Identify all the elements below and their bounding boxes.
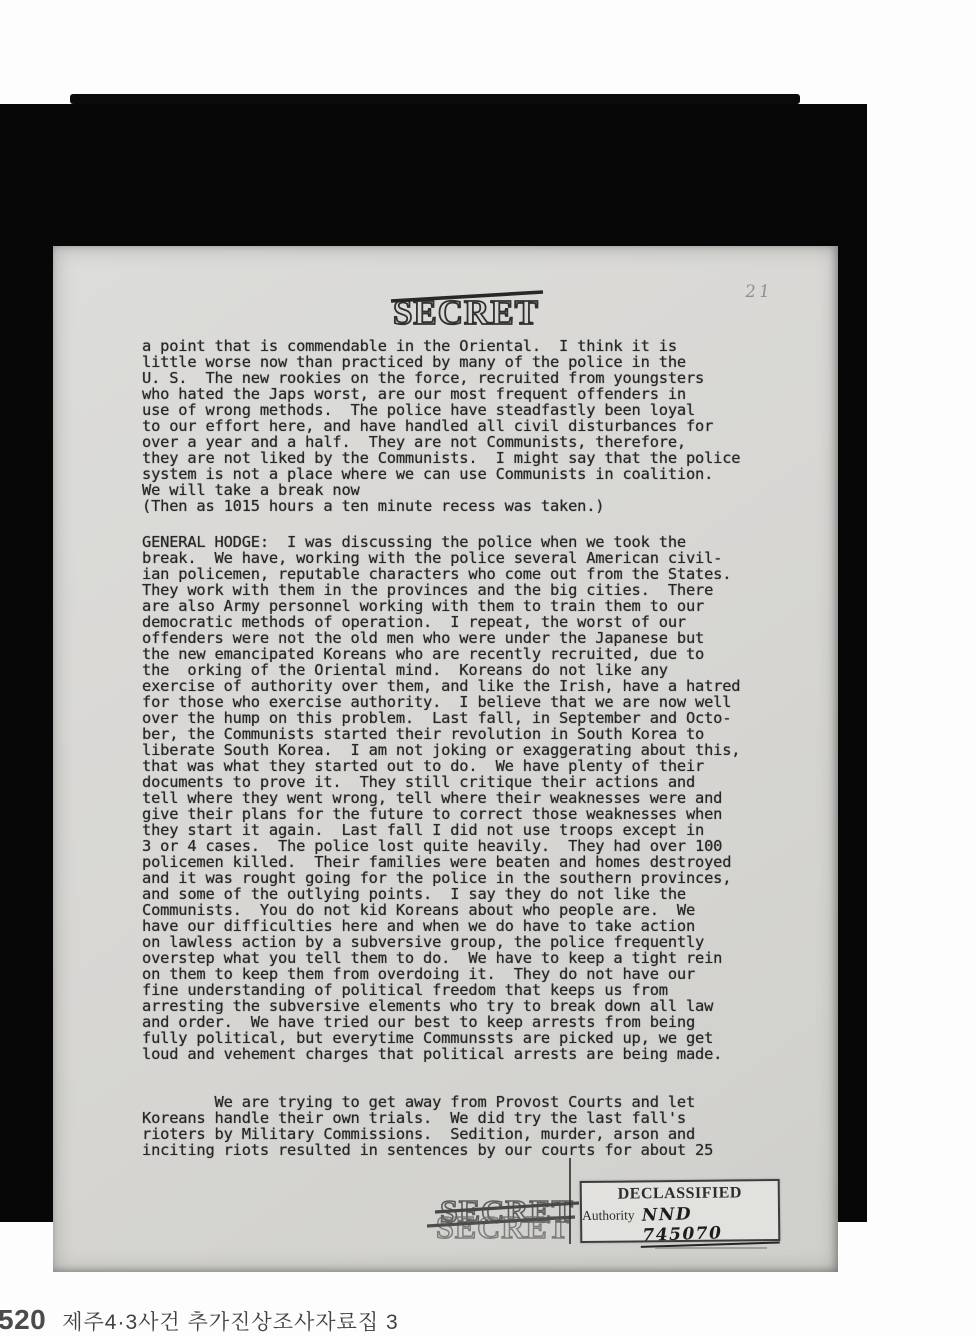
book-title: 제주4·3사건 추가진상조사자료집 3 (62, 1306, 398, 1336)
handwritten-page-number: 21 (744, 282, 774, 302)
document-page: SECRET 21 a point that is commendable in… (53, 246, 838, 1272)
scan-background: SECRET 21 a point that is commendable in… (0, 104, 867, 1222)
secret-stamp-top: SECRET (383, 280, 549, 336)
typed-paragraph: a point that is commendable in the Orien… (142, 338, 740, 514)
typed-paragraph: GENERAL HODGE: I was discussing the poli… (142, 534, 740, 1062)
stray-scan-mark (569, 1158, 571, 1244)
declassified-title: DECLASSIFIED (582, 1184, 778, 1204)
secret-stamp-bottom-text-ghost: SECRET (436, 1209, 570, 1245)
typed-paragraph: We are trying to get away from Provost C… (142, 1094, 713, 1158)
declassified-stamp-box: DECLASSIFIED Authority NND 745070 (580, 1179, 781, 1243)
book-page-number: 520 (0, 1304, 46, 1336)
secret-stamp-bottom: SECRET SECRET (425, 1188, 585, 1260)
authority-label: Authority (582, 1207, 635, 1224)
book-footer: 520 제주4·3사건 추가진상조사자료집 3 (0, 1304, 399, 1336)
faint-stamp-line (655, 1247, 767, 1249)
authority-handwritten-value: NND 745070 (639, 1202, 779, 1248)
